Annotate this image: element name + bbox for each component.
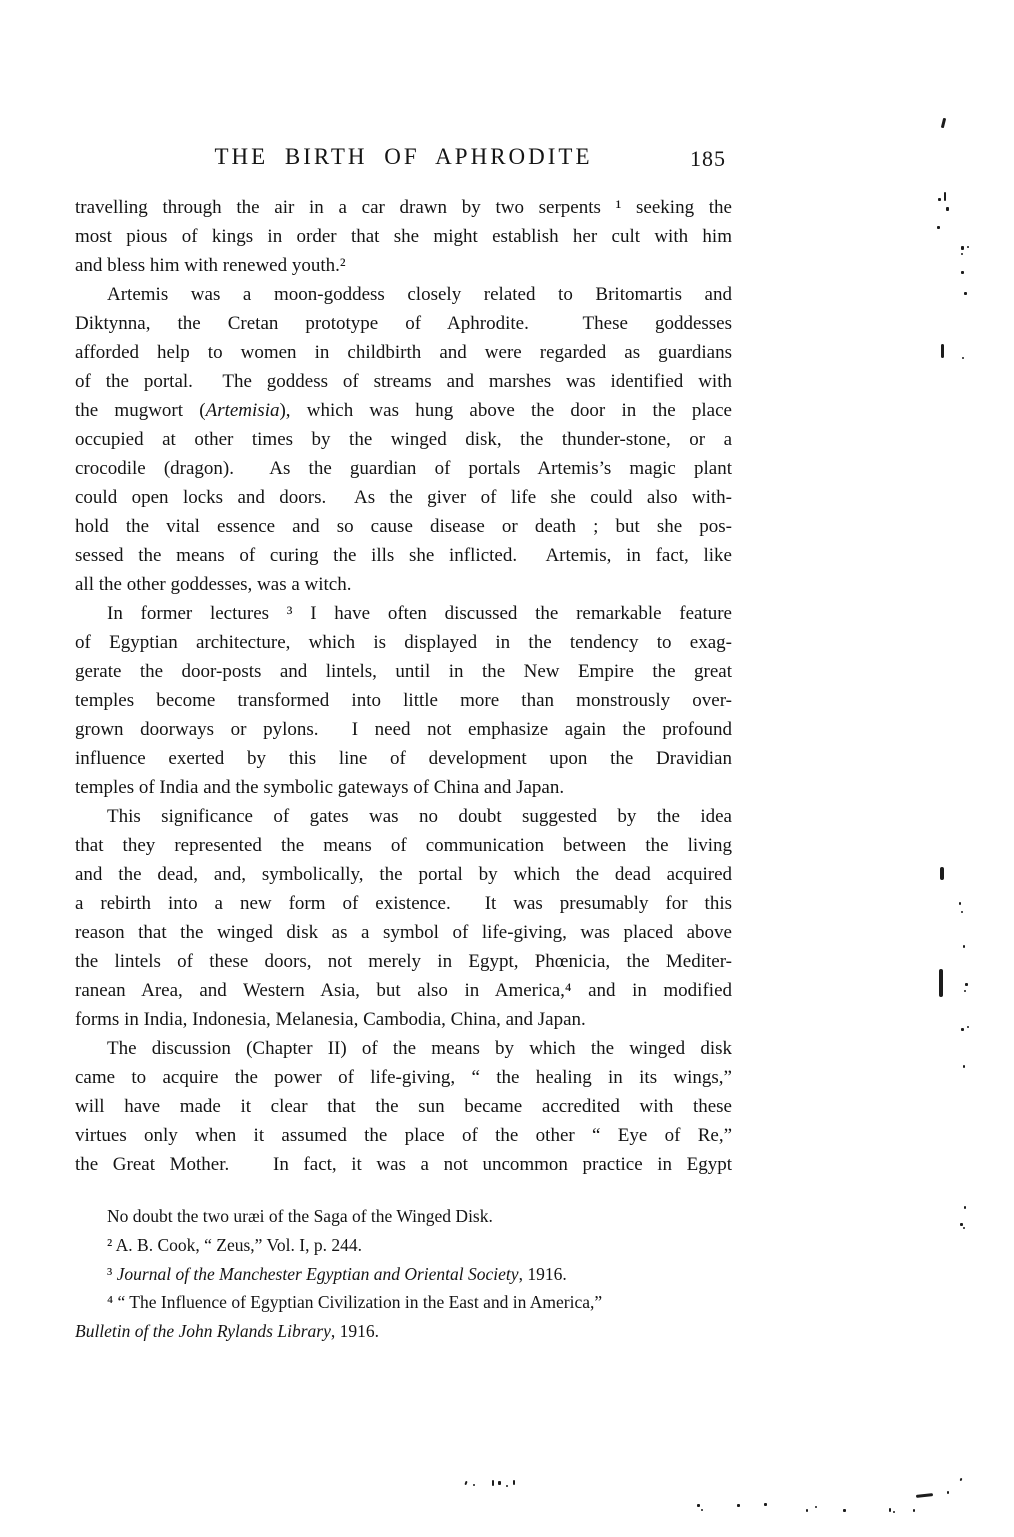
text-line: the mugwort (Artemisia), which was hung … (75, 396, 732, 425)
scan-artifact (513, 1480, 515, 1485)
text-line: ranean Area, and Western Asia, but also … (75, 976, 732, 1005)
scan-artifact (964, 292, 967, 295)
text-line: grown doorways or pylons. I need not emp… (75, 715, 732, 744)
text-line: will have made it clear that the sun bec… (75, 1092, 732, 1121)
scan-artifact (939, 969, 943, 997)
scan-artifact (913, 1509, 915, 1512)
scan-artifact (498, 1481, 501, 1485)
text-segment: the mugwort ( (75, 400, 206, 421)
text-line: temples become transformed into little m… (75, 686, 732, 715)
scan-artifact (963, 945, 965, 948)
journal-title: Bulletin of the John Rylands Library (75, 1321, 331, 1341)
scan-artifact (737, 1504, 740, 1507)
scan-artifact (963, 1065, 965, 1068)
text-segment: , 1916. (331, 1321, 379, 1341)
scan-artifact (938, 198, 941, 201)
scan-artifact (806, 1509, 808, 1512)
scan-artifact (964, 1206, 966, 1209)
text-line: In former lectures ³ I have often discus… (75, 599, 732, 628)
text-line: Artemis was a moon-goddess closely relat… (75, 280, 732, 309)
page-title: THE BIRTH OF APHRODITE (75, 144, 732, 170)
scan-artifact (967, 1026, 969, 1028)
text-line: of Egyptian architecture, which is displ… (75, 628, 732, 657)
footnote-1: No doubt the two uræi of the Saga of the… (75, 1202, 732, 1231)
footnote-4: ⁴ “ The Influence of Egyptian Civilizati… (75, 1288, 732, 1317)
body-text: travelling through the air in a car draw… (75, 193, 732, 1179)
scan-artifact (946, 207, 949, 211)
text-line: of the portal. The goddess of streams an… (75, 367, 732, 396)
journal-title: Journal of the Manchester Egyptian and O… (117, 1264, 519, 1284)
scan-artifact (701, 1509, 703, 1511)
scan-artifact (492, 1480, 494, 1486)
scan-artifact (815, 1506, 817, 1508)
text-line: travelling through the air in a car draw… (75, 193, 732, 222)
text-line: forms in India, Indonesia, Melanesia, Ca… (75, 1005, 732, 1034)
scan-artifact (947, 1491, 949, 1494)
text-line: came to acquire the power of life-giving… (75, 1063, 732, 1092)
footnote-3: ³ Journal of the Manchester Egyptian and… (75, 1260, 732, 1289)
text-line: a rebirth into a new form of existence. … (75, 889, 732, 918)
scan-artifact (916, 1493, 933, 1498)
text-line: The discussion (Chapter II) of the means… (75, 1034, 732, 1063)
book-page: THE BIRTH OF APHRODITE 185 travelling th… (0, 0, 1014, 1537)
scan-artifact (965, 983, 968, 986)
scan-artifact (961, 253, 963, 255)
text-line: the Great Mother. In fact, it was a not … (75, 1150, 732, 1179)
text-line: could open locks and doors. As the giver… (75, 483, 732, 512)
scan-artifact (697, 1504, 700, 1507)
scan-artifact (464, 1481, 467, 1485)
text-line: virtues only when it assumed the place o… (75, 1121, 732, 1150)
text-line: gerate the door-posts and lintels, until… (75, 657, 732, 686)
text-line: This significance of gates was no doubt … (75, 802, 732, 831)
scan-artifact (893, 1511, 895, 1513)
text-line: most pious of kings in order that she mi… (75, 222, 732, 251)
text-line: occupied at other times by the winged di… (75, 425, 732, 454)
scan-artifact (940, 867, 944, 880)
scan-artifact (961, 1028, 964, 1031)
scan-artifact (960, 1223, 963, 1226)
scan-artifact (889, 1508, 891, 1512)
scan-artifact (764, 1503, 767, 1506)
text-line: temples of India and the symbolic gatewa… (75, 773, 732, 802)
text-segment: , 1916. (519, 1264, 567, 1284)
text-line: hold the vital essence and so cause dise… (75, 512, 732, 541)
footnote-marker: ³ (107, 1264, 117, 1284)
scan-artifact (963, 1227, 965, 1229)
scan-artifact (967, 246, 969, 248)
text-line: sessed the means of curing the ills she … (75, 541, 732, 570)
scan-artifact (959, 902, 961, 905)
scan-artifact (937, 226, 940, 229)
footnotes: No doubt the two uræi of the Saga of the… (75, 1202, 732, 1346)
text-line: reason that the winged disk as a symbol … (75, 918, 732, 947)
text-line: influence exerted by this line of develo… (75, 744, 732, 773)
page-header: THE BIRTH OF APHRODITE 185 (75, 144, 732, 178)
scan-artifact (960, 1478, 963, 1482)
scan-artifact (961, 911, 963, 913)
text-line: and the dead, and, symbolically, the por… (75, 860, 732, 889)
text-segment: ), which was hung above the door in the … (279, 400, 732, 421)
scan-artifact (941, 344, 944, 358)
scan-artifact (944, 192, 946, 201)
scan-artifact (961, 271, 964, 274)
text-line: that they represented the means of commu… (75, 831, 732, 860)
text-line: all the other goddesses, was a witch. (75, 570, 732, 599)
text-line: and bless him with renewed youth.² (75, 251, 732, 280)
scan-artifact (962, 357, 964, 359)
scan-artifact (473, 1484, 475, 1486)
text-line: the lintels of these doors, not merely i… (75, 947, 732, 976)
footnote-2: ² A. B. Cook, “ Zeus,” Vol. I, p. 244. (75, 1231, 732, 1260)
scan-artifact (964, 990, 966, 992)
text-line: Diktynna, the Cretan prototype of Aphrod… (75, 309, 732, 338)
footnote-4-continued: Bulletin of the John Rylands Library, 19… (75, 1317, 732, 1346)
page-number: 185 (690, 146, 726, 172)
scan-artifact (506, 1485, 508, 1487)
scan-artifact (941, 118, 946, 128)
text-line: afforded help to women in childbirth and… (75, 338, 732, 367)
scan-artifact (961, 246, 964, 250)
scan-artifact (843, 1509, 846, 1512)
italic-term: Artemisia (206, 400, 280, 421)
text-line: crocodile (dragon). As the guardian of p… (75, 454, 732, 483)
